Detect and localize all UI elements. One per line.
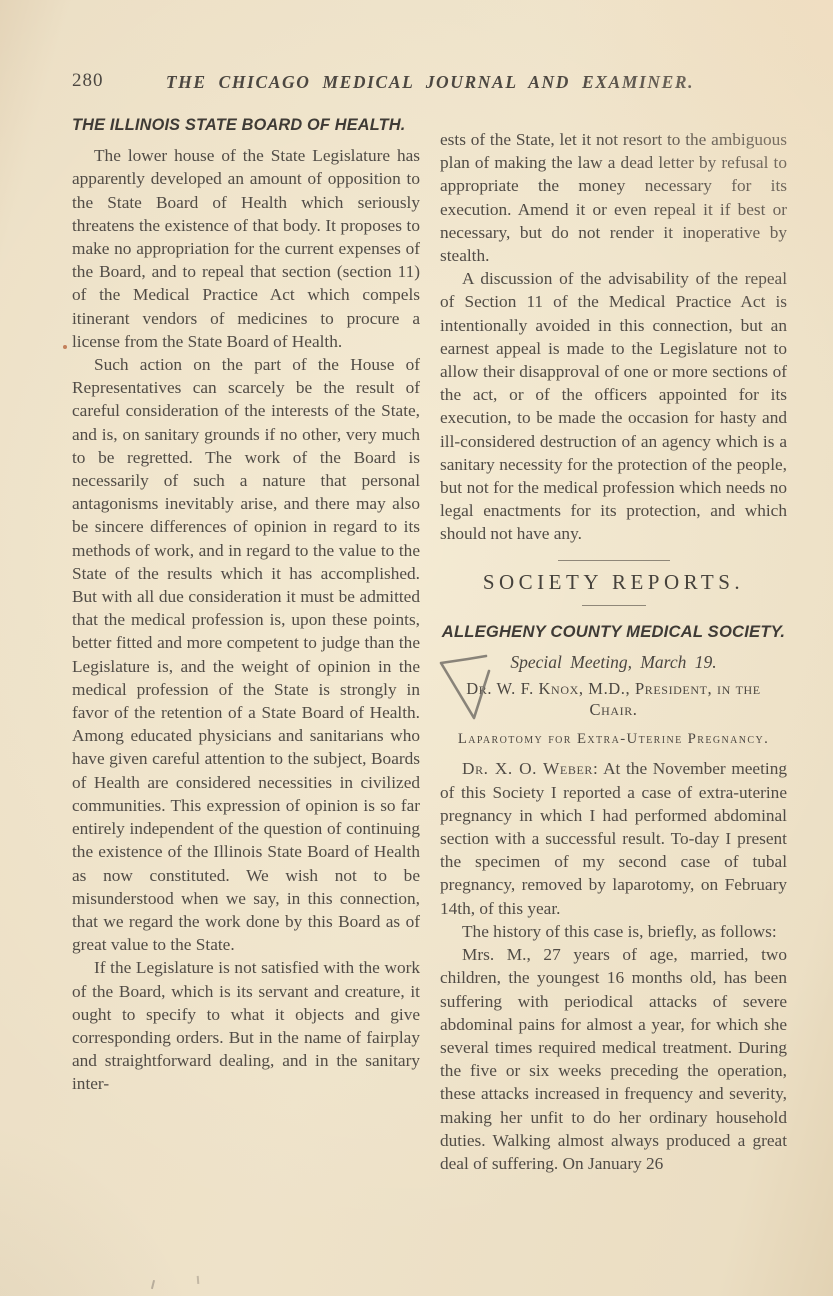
left-paragraph: Such action on the part of the House of … [72, 353, 420, 956]
left-column: THE ILLINOIS STATE BOARD OF HEALTH. The … [72, 114, 420, 1096]
page-number: 280 [72, 70, 104, 92]
left-paragraph: If the Legislature is not satisfied with… [72, 956, 420, 1095]
right-paragraph: A discussion of the advisability of the … [440, 267, 787, 545]
topic-heading: Laparotomy for Extra-Uterine Pregnancy. [440, 728, 787, 751]
section-heading: SOCIETY REPORTS. [440, 571, 787, 594]
speaker-name: Dr. X. O. Weber: [462, 759, 598, 778]
section-divider-top [558, 560, 670, 561]
stray-ink-dot [63, 345, 67, 349]
stray-pencil-tick [197, 1276, 199, 1284]
society-paragraph: The history of this case is, briefly, as… [440, 920, 787, 943]
journal-page: 280 THE CHICAGO MEDICAL JOURNAL AND EXAM… [0, 0, 833, 1296]
society-paragraph: Mrs. M., 27 years of age, married, two c… [440, 943, 787, 1175]
left-paragraph: The lower house of the State Legislature… [72, 144, 420, 353]
society-title: ALLEGHENY COUNTY MEDICAL SOCIETY. [440, 620, 787, 643]
stray-pencil-tick [151, 1280, 155, 1289]
meeting-line: Special Meeting, March 19. [440, 651, 787, 674]
chair-line: Dr. W. F. Knox, M.D., President, in the … [449, 678, 779, 720]
right-column: ests of the State, let it not resort to … [440, 128, 787, 1175]
society-paragraph: Dr. X. O. Weber: At the November meeting… [440, 757, 787, 919]
article-title: THE ILLINOIS STATE BOARD OF HEALTH. [72, 114, 420, 137]
right-paragraph-continuation: ests of the State, let it not resort to … [440, 128, 787, 267]
speaker-text: At the November meeting of this Society … [440, 759, 787, 917]
section-divider-bottom [582, 605, 646, 606]
journal-title: THE CHICAGO MEDICAL JOURNAL AND EXAMINER… [120, 72, 740, 93]
